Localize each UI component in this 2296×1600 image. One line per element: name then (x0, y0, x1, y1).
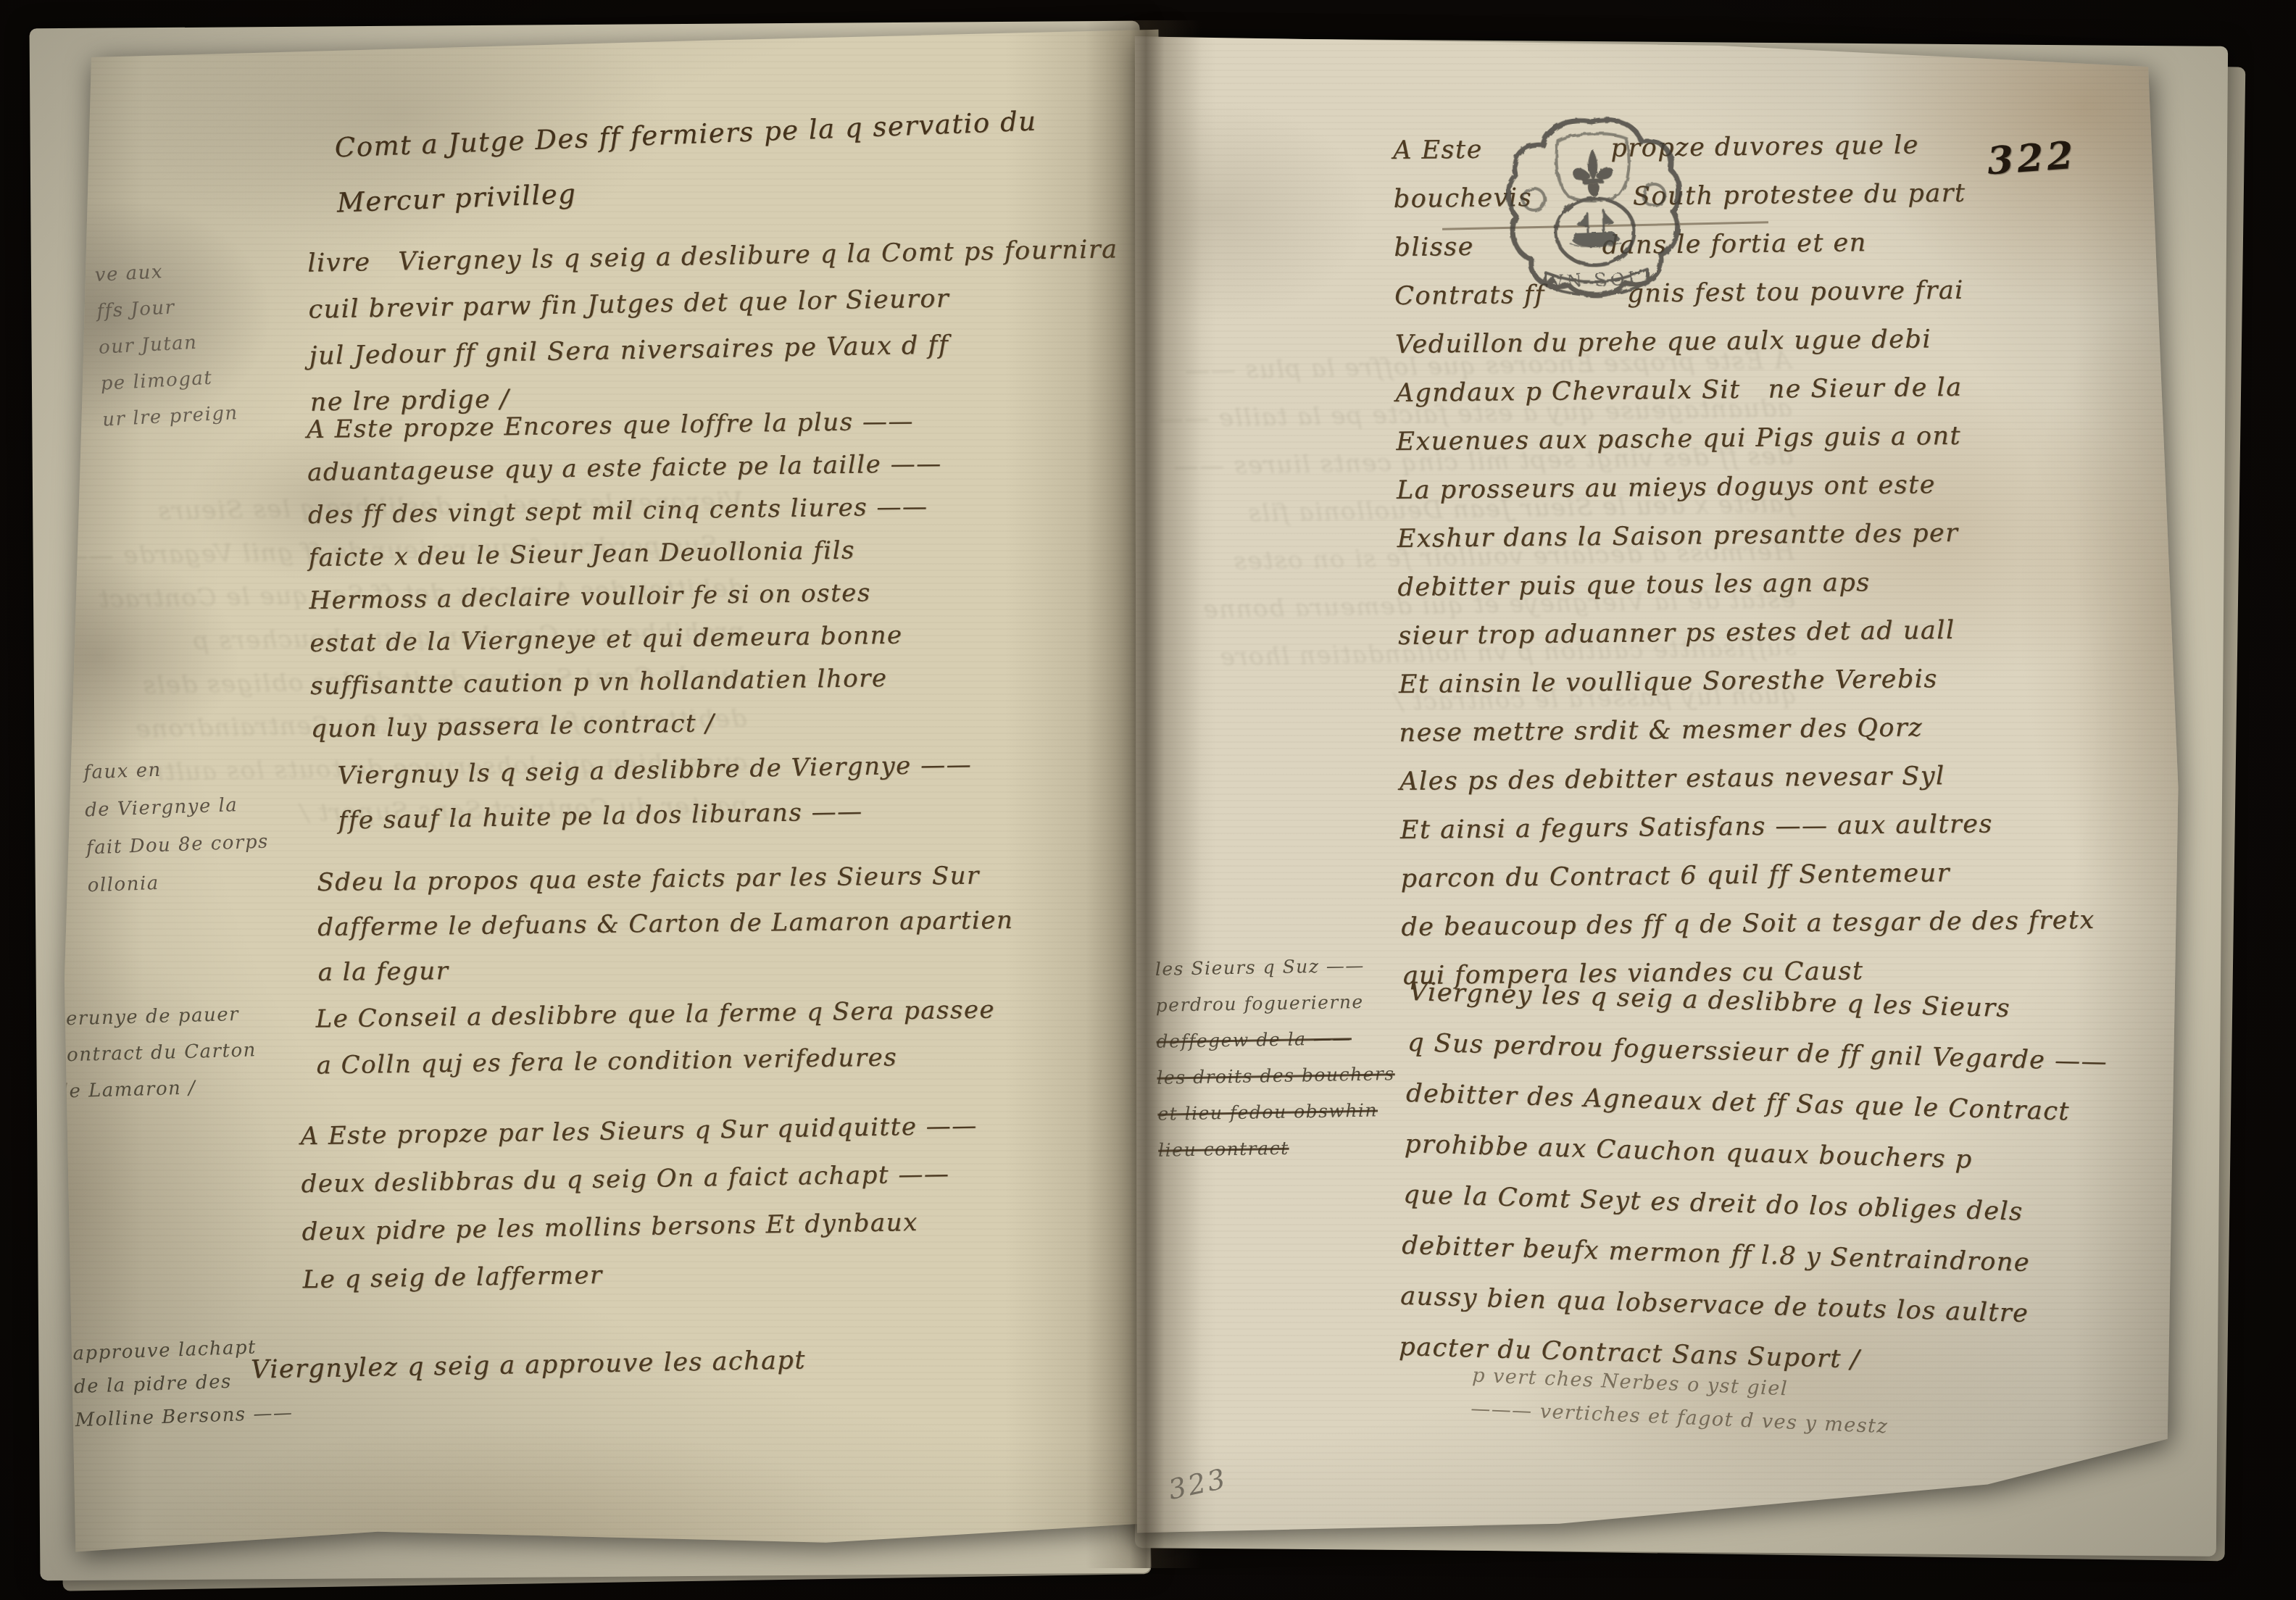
handwritten-line: A Este propze duvores que le (1393, 120, 2087, 175)
handwritten-line: Viergnylez q seig a approuve les achapt (250, 1337, 806, 1393)
right-paragraph-2: Viergney les q seig a deslibbre q les Si… (1398, 967, 2110, 1392)
handwritten-line: verunye de pauer (54, 996, 256, 1037)
handwritten-line: Veduillon du prehe que aulx ugue debi (1395, 314, 2089, 370)
left-margin-note-low: verunye de pauercontract du Cartonde Lam… (54, 996, 258, 1109)
handwritten-line: nese mettre srdit & mesmer des Qorz (1399, 702, 2093, 758)
ship-icon (1570, 209, 1621, 248)
left-paragraph-6: A Este propze par les Sieurs q Sur quidq… (300, 1102, 980, 1304)
fiscal-stamp: VN SOL (1500, 104, 1689, 320)
handwritten-line: Contrats ff gnis fest tou pouvre frai (1394, 265, 2089, 321)
handwritten-line: et lieu fedou obswhin (1157, 1092, 1396, 1133)
left-page: Viergney les q seig a deslibbre q les Si… (42, 22, 1162, 1569)
handwritten-line: ur lre preign (101, 395, 239, 438)
right-page: A Este propze Encores que loffre la plus… (1131, 30, 2202, 1545)
left-paragraph-2: A Este propze Encores que loffre la plus… (307, 400, 946, 751)
left-margin-note-top: ve auxffs Jourour Jutanpe limogatur lre … (94, 250, 239, 438)
right-main-text: A Este propze duvores que lebouchevis So… (1393, 120, 2096, 1001)
fleur-de-lis-icon (1573, 149, 1614, 197)
handwritten-line: a Colln quj es fera le condition verifed… (316, 1033, 996, 1088)
handwritten-line: suffisantte caution p vn hollandatien lh… (310, 657, 945, 708)
handwritten-line: de Viergnye la (84, 786, 268, 830)
right-margin-note: les Sieurs q Suz ——perdrou fogueriernede… (1155, 947, 1396, 1169)
handwritten-line: perdrou foguerierne (1155, 983, 1394, 1024)
handwritten-line: de Lamaron / (56, 1068, 258, 1109)
folio-number-pencil: 323 (1165, 1462, 1230, 1506)
left-paragraph-1: livre Viergney ls q seig a deslibure q l… (307, 226, 1120, 425)
left-paragraph-5: Le Conseil a deslibbre que la ferme q Se… (315, 986, 996, 1088)
handwritten-line: Et ainsin le voullique Soresthe Verebis (1398, 654, 2092, 709)
handwritten-line: de beaucoup des ff q de Soit a tesgar de… (1401, 896, 2095, 952)
handwritten-line: Le q seig de laffermer (302, 1246, 980, 1304)
handwritten-line: debitter puis que tous les agn aps (1397, 557, 2092, 612)
handwritten-line: lieu contract (1158, 1128, 1397, 1169)
handwritten-line: Agndaux p Chevraulx Sit ne Sieur de la (1395, 362, 2089, 418)
handwritten-line: bouchevis South protestee du part (1393, 168, 2087, 224)
handwritten-line: parcon du Contract 6 quil ff Sentemeur (1400, 848, 2095, 904)
handwritten-line: les Sieurs q Suz —— (1155, 947, 1393, 988)
left-paragraph-7: Viergnylez q seig a approuve les achapt (250, 1337, 806, 1393)
handwritten-line: sieur trop aduanner ps estes det ad uall (1398, 605, 2092, 661)
handwritten-line: Sdeu la propos qua este faicts par les S… (317, 853, 1013, 905)
left-page-wrap: Viergney les q seig a deslibbre q les Si… (42, 22, 1162, 1569)
handwritten-line: fait Dou 8e corps (86, 823, 270, 867)
handwritten-line: ollonia (87, 861, 271, 905)
handwritten-line: les droits des bouchers (1157, 1056, 1395, 1096)
left-paragraph-4: Sdeu la propos qua este faicts par les S… (317, 853, 1014, 995)
manuscript-scan: Viergney les q seig a deslibbre q les Si… (0, 0, 2296, 1600)
left-paragraph-3: Viergnuy ls q seig a deslibbre de Viergn… (337, 742, 973, 843)
right-page-wrap: A Este propze Encores que loffre la plus… (1131, 30, 2202, 1545)
stamp-banner-text: VN SOL (1550, 269, 1644, 292)
handwritten-line: quon luy passera le contract / (311, 699, 946, 751)
handwritten-line: Molline Bersons —— (75, 1396, 294, 1437)
handwritten-line: deffegew de la —— (1156, 1020, 1394, 1060)
handwritten-line: Exuenues aux pasche qui Pigs guis a ont (1396, 411, 2090, 467)
handwritten-line: dafferme le defuans & Carton de Lamaron … (317, 898, 1014, 950)
left-heading: Comt a Jutge Des ff fermiers pe la q ser… (333, 93, 1039, 230)
handwritten-line: faux en (83, 748, 267, 792)
left-margin-note-mid: faux ende Viergnye lafait Dou 8e corpsol… (83, 748, 270, 905)
handwritten-line: Exshur dans la Saison presantte des per (1397, 508, 2091, 564)
handwritten-line: Ales ps des debitter estaus nevesar Syl (1399, 751, 2094, 807)
handwritten-line: Et ainsi a fegurs Satisfans —— aux aultr… (1400, 799, 2095, 855)
handwritten-line: blisse dans le fortia et en (1394, 217, 2088, 272)
handwritten-line: contract du Carton (54, 1032, 257, 1073)
handwritten-line: La prosseurs au mieys doguys ont este (1397, 459, 2091, 515)
